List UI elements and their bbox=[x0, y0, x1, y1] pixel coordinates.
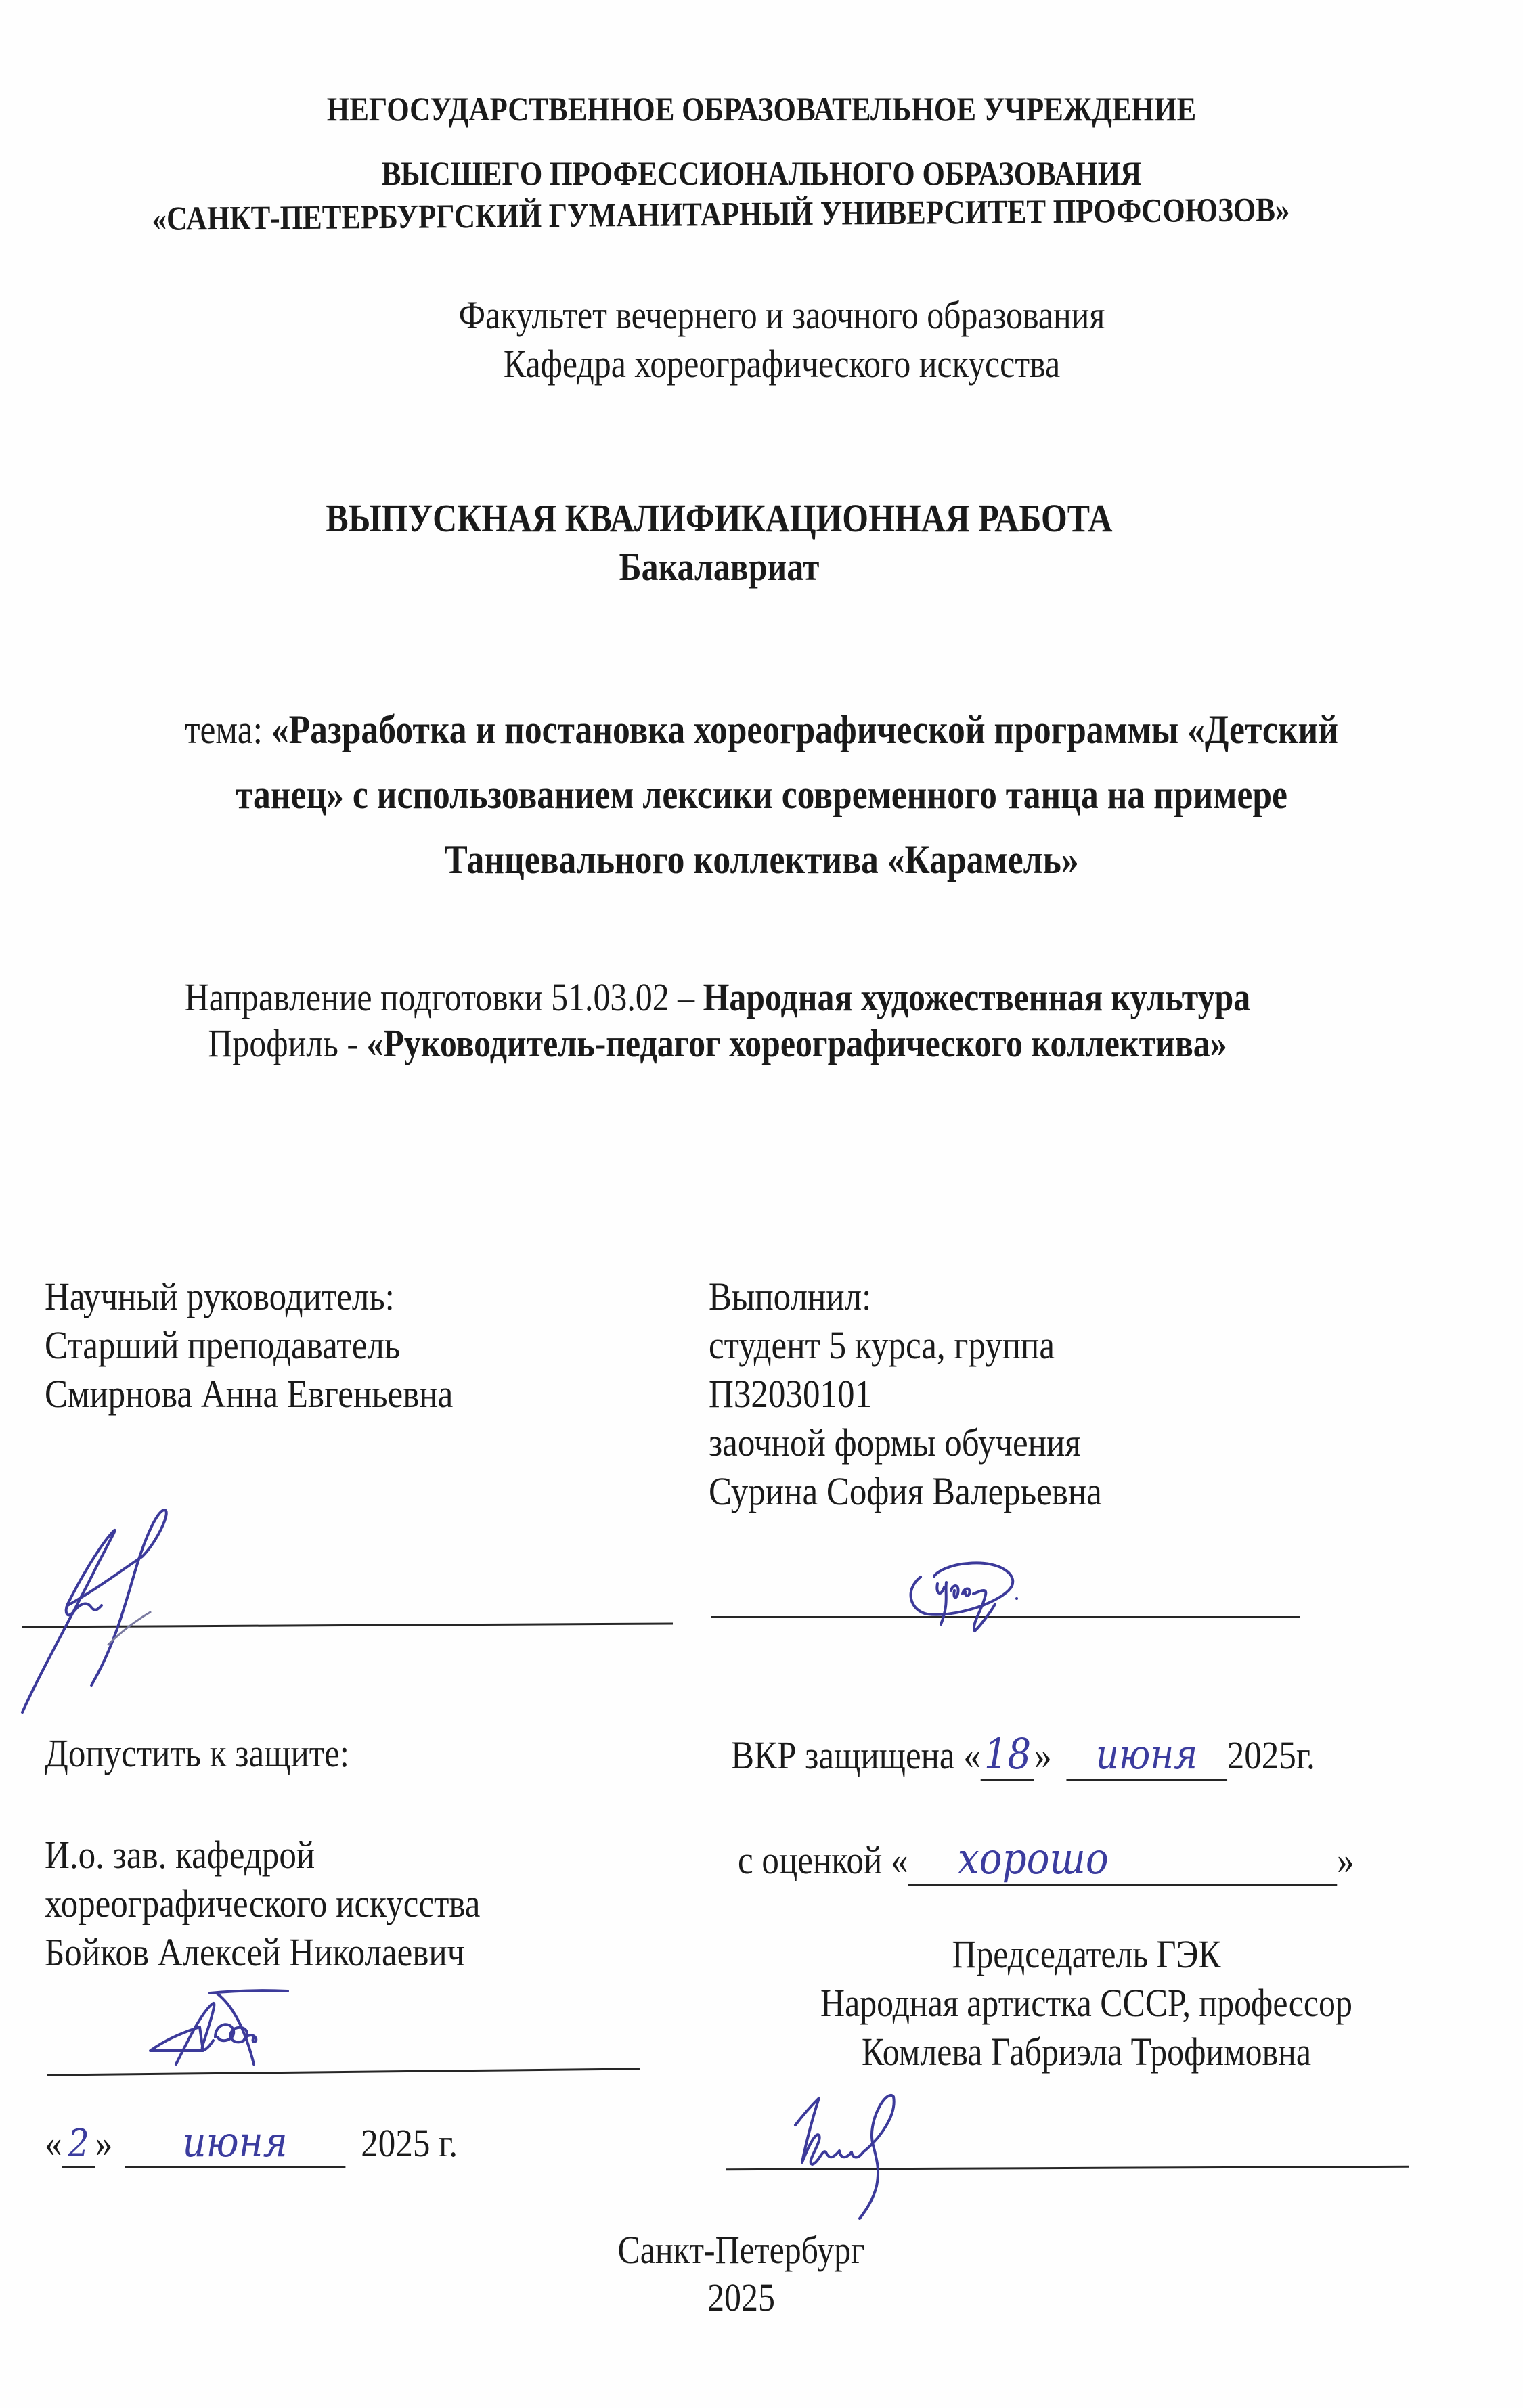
faculty-block: Факультет вечернего и заочного образован… bbox=[20, 291, 1523, 388]
work-type: ВЫПУСКНАЯ КВАЛИФИКАЦИОННАЯ РАБОТА bbox=[101, 494, 1338, 543]
topic-label: тема: bbox=[185, 707, 271, 752]
institution-block: ВЫСШЕГО ПРОФЕССИОНАЛЬНОГО ОБРАЗОВАНИЯ «С… bbox=[0, 153, 1523, 234]
institution-line-2: ВЫСШЕГО ПРОФЕССИОНАЛЬНОГО ОБРАЗОВАНИЯ bbox=[107, 153, 1417, 194]
defense-grade: с оценкой «хорошо» bbox=[738, 1834, 1354, 1886]
topic-block: тема: «Разработка и постановка хореограф… bbox=[0, 697, 1523, 892]
hod-date-day: 2 bbox=[68, 2122, 89, 2166]
institution-header: НЕГОСУДАРСТВЕННОЕ ОБРАЗОВАТЕЛЬНОЕ УЧРЕЖД… bbox=[0, 87, 1523, 131]
gek-name: Комлева Габриэла Трофимовна bbox=[781, 2028, 1392, 2076]
topic-line-2: танец» с использованием лексики современ… bbox=[107, 762, 1417, 827]
topic-text-3: Танцевального коллектива «Карамель» bbox=[444, 837, 1078, 882]
faculty-name: Факультет вечернего и заочного образован… bbox=[127, 291, 1437, 340]
grade-field: хорошо bbox=[908, 1834, 1338, 1886]
supervisor-position: Старший преподаватель bbox=[45, 1321, 453, 1370]
defense-month: июня bbox=[1096, 1731, 1197, 1779]
head-of-department-block: И.о. зав. кафедрой хореографического иск… bbox=[45, 1831, 539, 1977]
supervisor-name: Смирнова Анна Евгеньевна bbox=[45, 1370, 453, 1419]
footer: Санкт-Петербург 2025 bbox=[0, 2227, 1482, 2321]
defense-day: 18 bbox=[984, 1729, 1031, 1779]
hod-position-2: хореографического искусства bbox=[45, 1879, 480, 1928]
defense-date: ВКР защищена «18» июня2025г. bbox=[731, 1729, 1315, 1781]
hod-name: Бойков Алексей Николаевич bbox=[45, 1928, 480, 1977]
defense-month-field: июня bbox=[1066, 1731, 1227, 1781]
profile-value: «Руководитель-педагог хореографического … bbox=[366, 1021, 1227, 1065]
grade-suffix: » bbox=[1337, 1838, 1354, 1882]
defense-year: 2025г. bbox=[1227, 1733, 1315, 1777]
hod-date-open: « bbox=[45, 2121, 62, 2165]
hod-date: «2» июня 2025 г. bbox=[45, 2117, 458, 2168]
hod-date-month: июня bbox=[183, 2117, 288, 2166]
gek-block: Председатель ГЭК Народная артистка СССР,… bbox=[731, 1930, 1442, 2076]
topic-text-1: «Разработка и постановка хореографическо… bbox=[271, 707, 1338, 752]
direction-label: Направление подготовки 51.03.02 – bbox=[185, 975, 703, 1019]
profile-label: Профиль - bbox=[208, 1021, 366, 1065]
degree-level: Бакалавриат bbox=[101, 543, 1338, 592]
grade-prefix: с оценкой « bbox=[738, 1838, 908, 1882]
institution-name: «САНКТ-ПЕТЕРБУРГСКИЙ ГУМАНИТАРНЫЙ УНИВЕР… bbox=[66, 188, 1375, 240]
gek-signature bbox=[778, 2084, 941, 2220]
department-name: Кафедра хореографического искусства bbox=[127, 340, 1437, 388]
title-page: НЕГОСУДАРСТВЕННОЕ ОБРАЗОВАТЕЛЬНОЕ УЧРЕЖД… bbox=[0, 0, 1523, 2408]
supervisor-block: Научный руководитель: Старший преподават… bbox=[45, 1272, 509, 1419]
hod-date-month-field: июня bbox=[125, 2117, 345, 2168]
profile-line: Профиль - «Руководитель-педагог хореогра… bbox=[100, 1021, 1334, 1067]
defense-prefix: ВКР защищена « bbox=[731, 1733, 981, 1777]
student-group: П32030101 bbox=[709, 1370, 1102, 1419]
hod-date-close: » bbox=[95, 2121, 113, 2165]
gek-rank: Народная артистка СССР, профессор bbox=[781, 1979, 1392, 2028]
admission-heading: Допустить к защите: bbox=[45, 1729, 349, 1778]
supervisor-heading: Научный руководитель: bbox=[45, 1272, 453, 1321]
defense-day-field: 18 bbox=[981, 1729, 1034, 1781]
supervisor-signature bbox=[0, 1489, 203, 1719]
student-heading: Выполнил: bbox=[709, 1272, 1102, 1321]
gek-title: Председатель ГЭК bbox=[781, 1930, 1392, 1979]
student-name: Сурина София Валерьевна bbox=[709, 1467, 1102, 1516]
student-signature bbox=[907, 1557, 1042, 1658]
topic-line-3: Танцевального коллектива «Карамель» bbox=[107, 827, 1417, 892]
topic-line-1: тема: «Разработка и постановка хореограф… bbox=[107, 697, 1417, 762]
hod-position-1: И.о. зав. кафедрой bbox=[45, 1831, 480, 1879]
grade-value: хорошо bbox=[958, 1834, 1109, 1884]
direction-block: Направление подготовки 51.03.02 – Народн… bbox=[0, 975, 1435, 1067]
student-block: Выполнил: студент 5 курса, группа П32030… bbox=[709, 1272, 1155, 1516]
footer-year: 2025 bbox=[104, 2274, 1378, 2321]
student-course: студент 5 курса, группа bbox=[709, 1321, 1102, 1370]
student-study-form: заочной формы обучения bbox=[709, 1419, 1102, 1467]
direction-line: Направление подготовки 51.03.02 – Народн… bbox=[100, 975, 1334, 1021]
institution-line-1: НЕГОСУДАРСТВЕННОЕ ОБРАЗОВАТЕЛЬНОЕ УЧРЕЖД… bbox=[107, 87, 1417, 131]
hod-date-year: 2025 г. bbox=[361, 2121, 458, 2165]
hod-date-day-field: 2 bbox=[62, 2120, 95, 2168]
defense-close: » bbox=[1034, 1733, 1052, 1777]
admission-heading-wrap: Допустить к защите: bbox=[45, 1729, 391, 1778]
hod-signature bbox=[135, 1976, 338, 2071]
footer-city: Санкт-Петербург bbox=[104, 2227, 1378, 2274]
work-type-block: ВЫПУСКНАЯ КВАЛИФИКАЦИОННАЯ РАБОТА Бакала… bbox=[0, 494, 1438, 592]
topic-text-2: танец» с использованием лексики современ… bbox=[236, 772, 1287, 817]
direction-value: Народная художественная культура bbox=[703, 975, 1251, 1019]
